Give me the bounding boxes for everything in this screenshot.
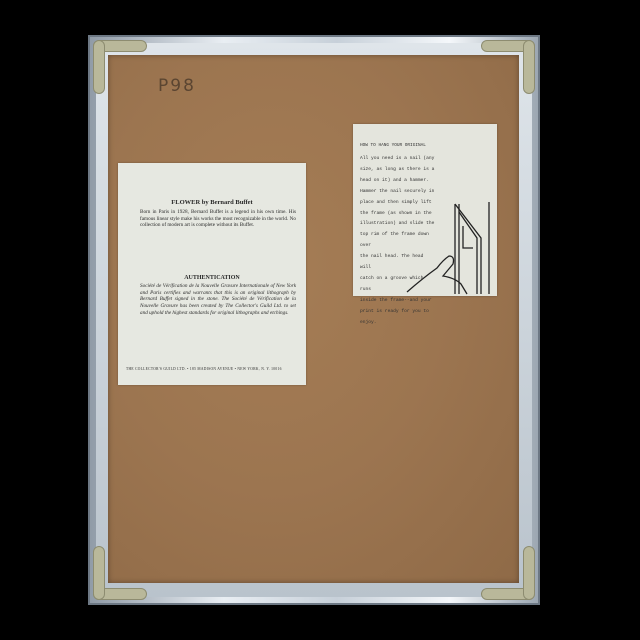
corner-bracket-top-right xyxy=(483,40,535,92)
artist-bio: Born in Paris in 1928, Bernard Buffet is… xyxy=(140,209,296,229)
corner-bracket-top-left xyxy=(93,40,145,92)
hanging-heading: HOW TO HANG YOUR ORIGINAL xyxy=(360,143,426,148)
authentication-text: Société de Vérification de la Nouvelle G… xyxy=(140,283,296,317)
publisher-footer: THE COLLECTOR'S GUILD LTD. • 185 MADISON… xyxy=(126,367,298,371)
hanging-instructions-label: HOW TO HANG YOUR ORIGINAL All you need i… xyxy=(353,124,497,296)
corner-bracket-bottom-right xyxy=(483,548,535,600)
pencil-inventory-mark: P98 xyxy=(158,76,196,96)
corner-bracket-bottom-left xyxy=(93,548,145,600)
artwork-title: FLOWER by Bernard Buffet xyxy=(118,199,306,206)
authentication-label: FLOWER by Bernard Buffet Born in Paris i… xyxy=(118,163,306,385)
authentication-heading: AUTHENTICATION xyxy=(118,275,306,281)
hanging-illustration-icon xyxy=(403,198,495,296)
